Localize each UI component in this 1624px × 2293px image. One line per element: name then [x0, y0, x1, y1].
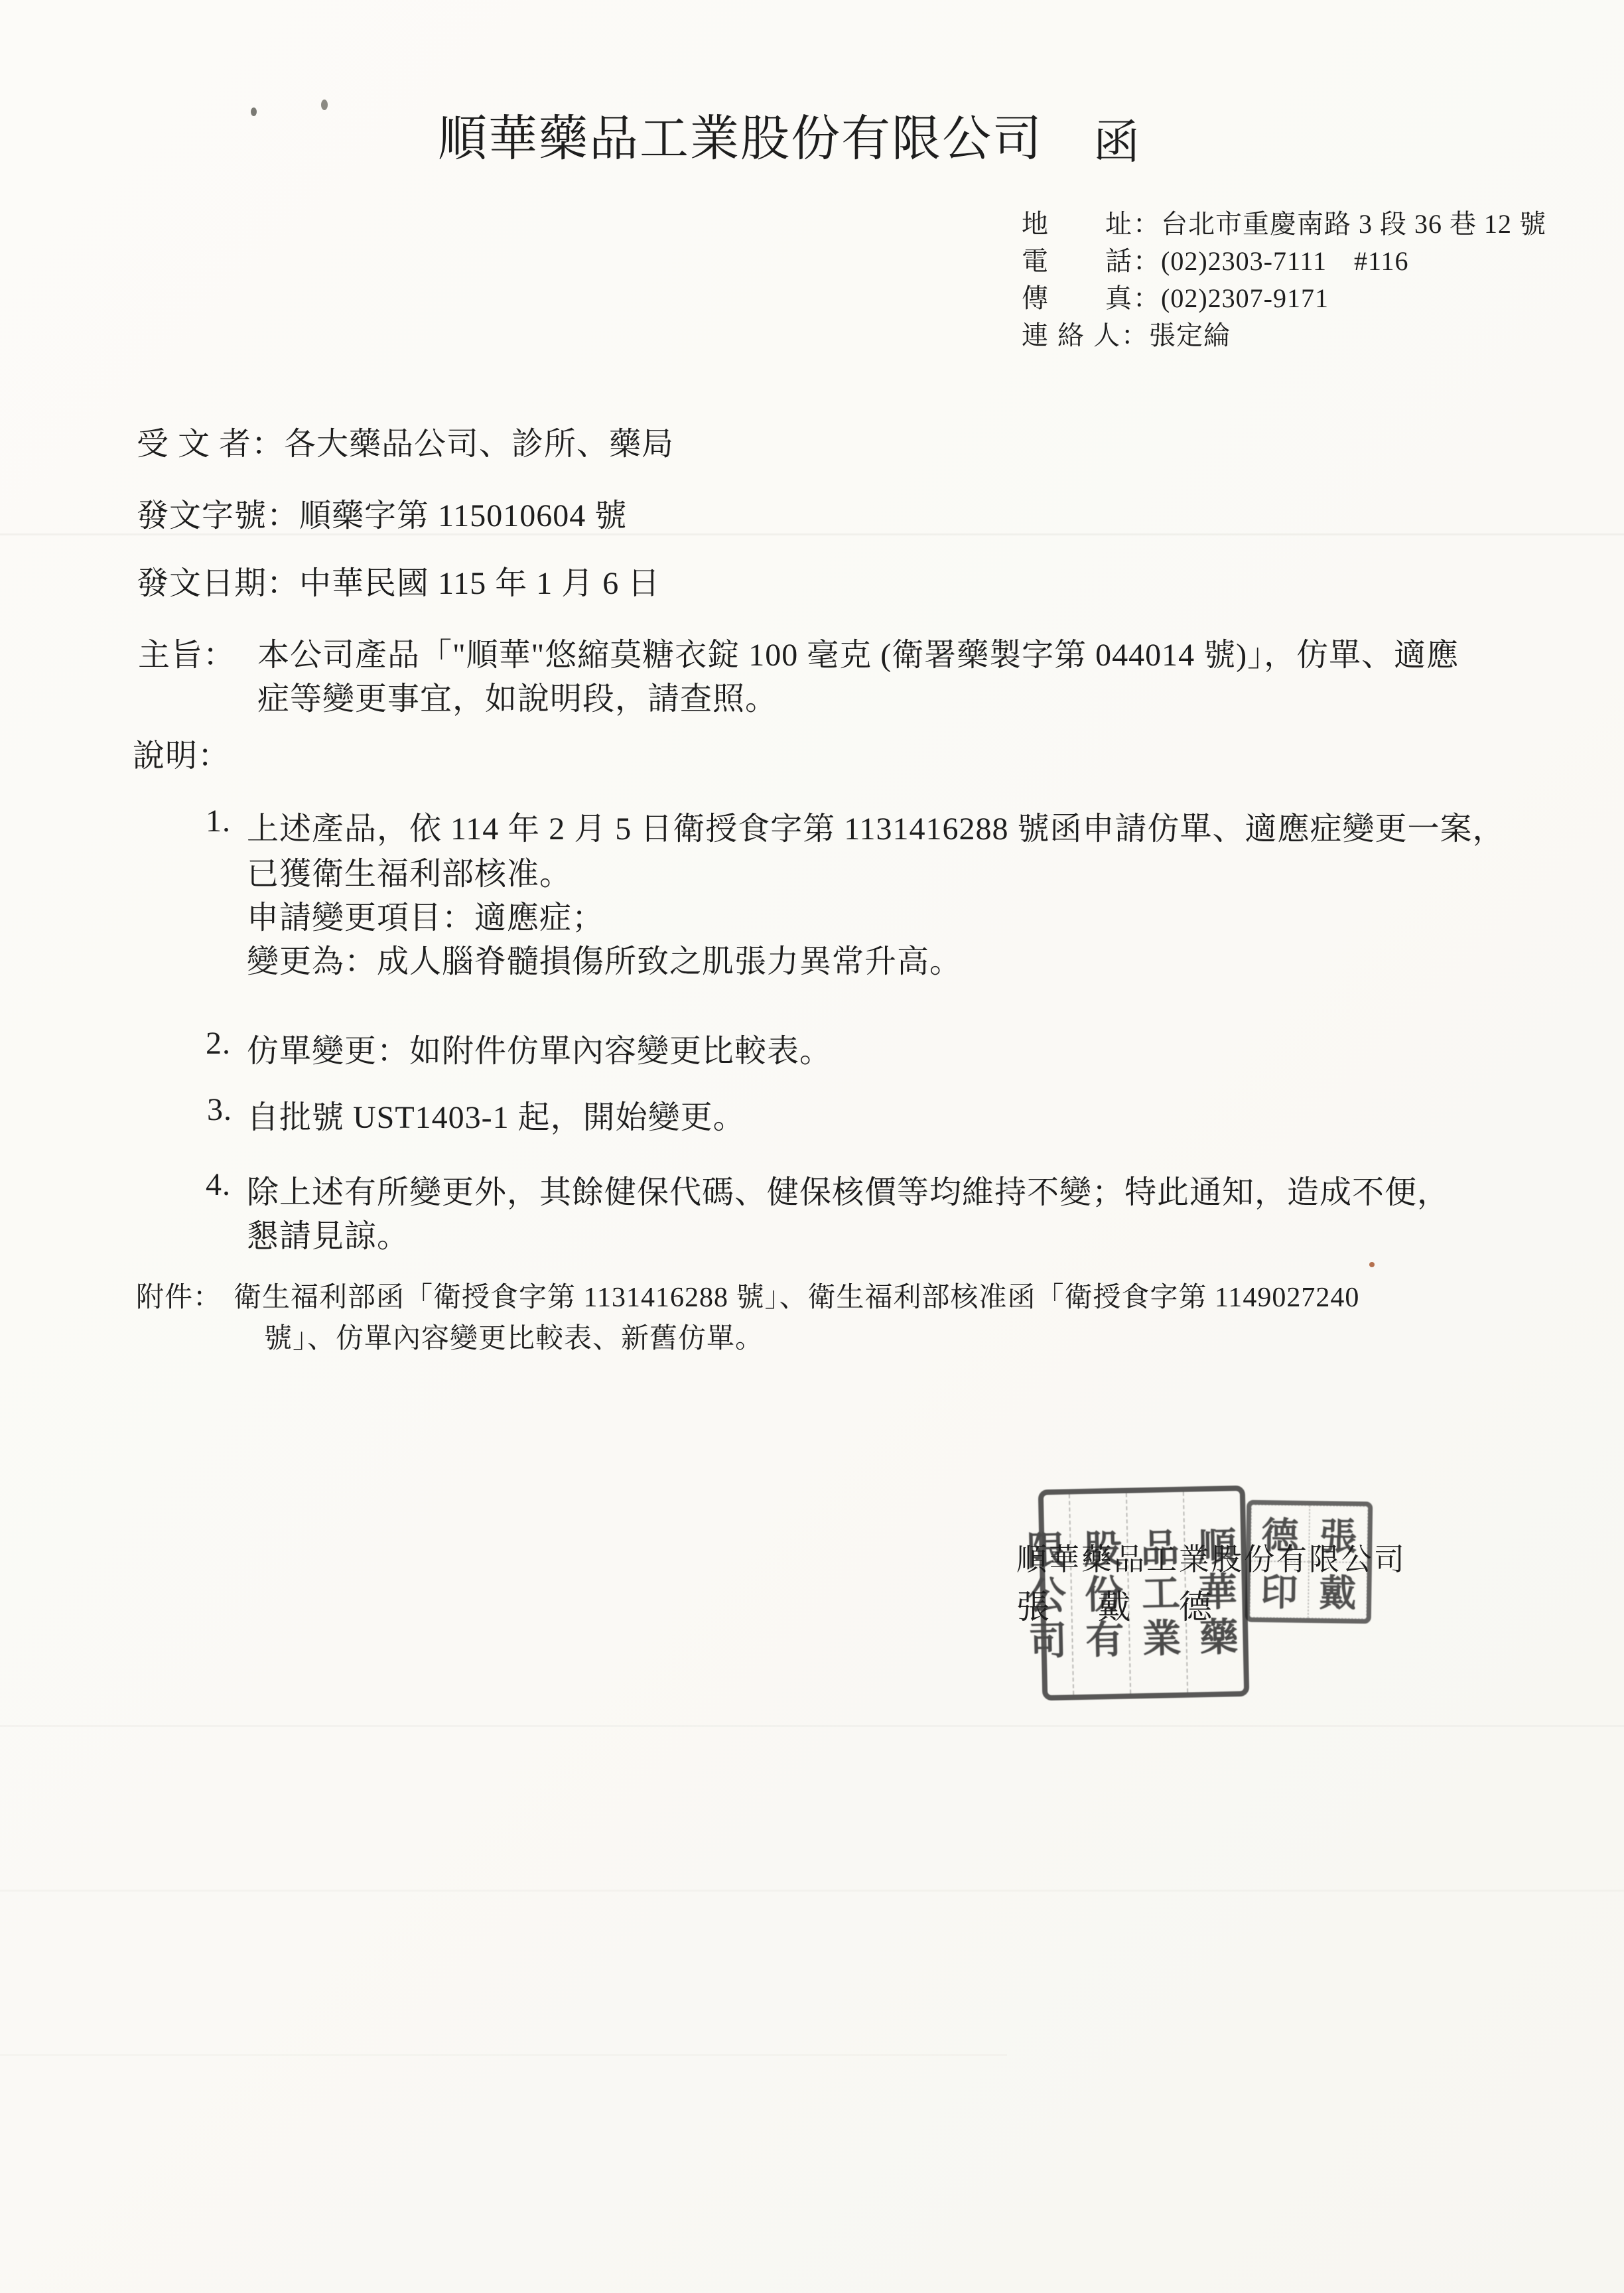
contact-person-row: 連 絡 人：張定綸	[1022, 314, 1231, 352]
item-4-number: 4.	[206, 1166, 231, 1203]
item-1-line-2: 已獲衛生福利部核准。	[247, 848, 572, 894]
item-4-line-1: 除上述有所變更外，其餘健保代碼、健保核價等均維持不變；特此通知，造成不便，	[247, 1166, 1450, 1212]
item-1-line-4: 變更為：成人腦脊髓損傷所致之肌張力異常升高。	[247, 936, 962, 981]
attachment-line-2: 號」、仿單內容變更比較表、新舊仿單。	[264, 1316, 764, 1356]
fold-crease	[0, 533, 1624, 535]
attachment-label: 附件：	[136, 1275, 222, 1315]
recipient-row: 受 文 者：各大藥品公司、診所、藥局	[137, 418, 674, 464]
item-1-line-1: 上述產品，依 114 年 2 月 5 日衛授食字第 1131416288 號函申…	[247, 803, 1505, 849]
fold-crease	[0, 2054, 1007, 2056]
letter-page: 順華藥品工業股份有限公司 函 地 址：台北市重慶南路 3 段 36 巷 12 號…	[0, 0, 1624, 2293]
contact-person-label: 連 絡 人：	[1022, 320, 1149, 350]
doc-number-value: 順藥字第 115010604 號	[299, 498, 627, 533]
recipient-value: 各大藥品公司、診所、藥局	[284, 427, 674, 462]
item-3-number: 3.	[207, 1091, 232, 1128]
recipient-label: 受 文 者：	[137, 427, 284, 462]
item-1-line-3: 申請變更項目：適應症；	[247, 892, 604, 938]
doc-date-label: 發文日期：	[137, 566, 299, 601]
address-value: 台北市重慶南路 3 段 36 巷 12 號	[1161, 209, 1546, 239]
fax-value: (02)2307-9171	[1161, 283, 1329, 313]
signature-name: 張 戴 德	[1016, 1580, 1232, 1628]
doc-date-row: 發文日期：中華民國 115 年 1 月 6 日	[137, 557, 660, 603]
explanation-label: 說明：	[133, 730, 230, 776]
scan-speck	[321, 100, 328, 110]
doc-date-value: 中華民國 115 年 1 月 6 日	[299, 566, 660, 601]
scan-speck	[1369, 1262, 1375, 1267]
contact-person-value: 張定綸	[1149, 320, 1231, 350]
doc-number-label: 發文字號：	[137, 498, 299, 533]
item-3-line-1: 自批號 UST1403-1 起，開始變更。	[247, 1091, 746, 1137]
attachment-line-1: 衛生福利部函「衛授食字第 1131416288 號」、衛生福利部核准函「衛授食字…	[234, 1275, 1359, 1315]
doc-number-row: 發文字號：順藥字第 115010604 號	[137, 490, 627, 535]
subject-line-2: 症等變更事宜，如說明段，請查照。	[257, 673, 778, 719]
subject-line-1: 本公司產品「"順華"悠縮莫糖衣錠 100 毫克 (衛署藥製字第 044014 號…	[257, 629, 1459, 675]
address-label: 地 址：	[1022, 209, 1161, 239]
scan-speck	[251, 107, 257, 116]
phone-row: 電 話：(02)2303-7111 #116	[1022, 240, 1409, 278]
fold-crease	[0, 1725, 1624, 1727]
subject-label: 主旨：	[138, 629, 236, 675]
phone-value: (02)2303-7111 #116	[1161, 246, 1409, 276]
doc-type-label: 函	[1093, 105, 1140, 172]
fold-crease	[0, 1890, 1624, 1892]
item-1-number: 1.	[206, 803, 231, 839]
fax-label: 傳 真：	[1022, 283, 1161, 313]
signature-company: 順華藥品工業股份有限公司	[1016, 1535, 1406, 1579]
company-title: 順華藥品工業股份有限公司	[438, 100, 1043, 170]
address-row: 地 址：台北市重慶南路 3 段 36 巷 12 號	[1022, 203, 1546, 241]
item-2-number: 2.	[206, 1025, 231, 1062]
item-4-line-2: 懇請見諒。	[247, 1210, 409, 1256]
item-2-line-1: 仿單變更：如附件仿單內容變更比較表。	[247, 1025, 832, 1071]
fax-row: 傳 真：(02)2307-9171	[1022, 277, 1329, 315]
phone-label: 電 話：	[1022, 246, 1161, 276]
